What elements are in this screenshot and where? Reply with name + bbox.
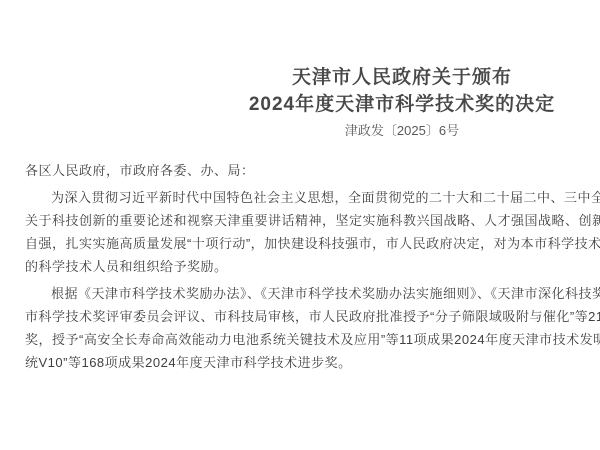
document-number: 津政发〔2025〕6号 (25, 122, 600, 140)
document-line: 为深入贯彻习近平新时代中国特色社会主义思想，全面贯彻党的二十大和二十届二中、三中… (25, 186, 600, 209)
document-line: 市科学技术奖评审委员会评议、市科技局审核，市人民政府批准授予“分子筛限域吸附与催… (25, 305, 600, 328)
document-line: 奖，授予“高安全长寿命高效能动力电池系统关键技术及应用”等11项成果2024年度… (25, 328, 600, 351)
document-sheet: 天津市人民政府关于颁布 2024年度天津市科学技术奖的决定 津政发〔2025〕6… (25, 0, 600, 374)
document-line: 的科学技术人员和组织给予奖励。 (25, 255, 600, 278)
document-title-line1: 天津市人民政府关于颁布 (25, 64, 600, 91)
document-line: 自强，扎实实施高质量发展“十项行动”，加快建设科技强市，市人民政府决定，对为本市… (25, 232, 600, 255)
document-line: 根据《天津市科学技术奖励办法》、《天津市科学技术奖励办法实施细则》、《天津市深化… (25, 282, 600, 305)
document-salutation-line: 各区人民政府，市政府各委、办、局： (25, 159, 600, 182)
document-title: 天津市人民政府关于颁布 2024年度天津市科学技术奖的决定 (25, 64, 600, 118)
document-title-line2: 2024年度天津市科学技术奖的决定 (25, 91, 600, 118)
document-page: 天津市人民政府关于颁布 2024年度天津市科学技术奖的决定 津政发〔2025〕6… (0, 0, 600, 450)
document-body: 各区人民政府，市政府各委、办、局： 为深入贯彻习近平新时代中国特色社会主义思想，… (25, 159, 600, 374)
document-line: 关于科技创新的重要论述和视察天津重要讲话精神，坚定实施科教兴国战略、人才强国战略… (25, 209, 600, 232)
document-line: 统V10”等168项成果2024年度天津市科学技术进步奖。 (25, 351, 600, 374)
